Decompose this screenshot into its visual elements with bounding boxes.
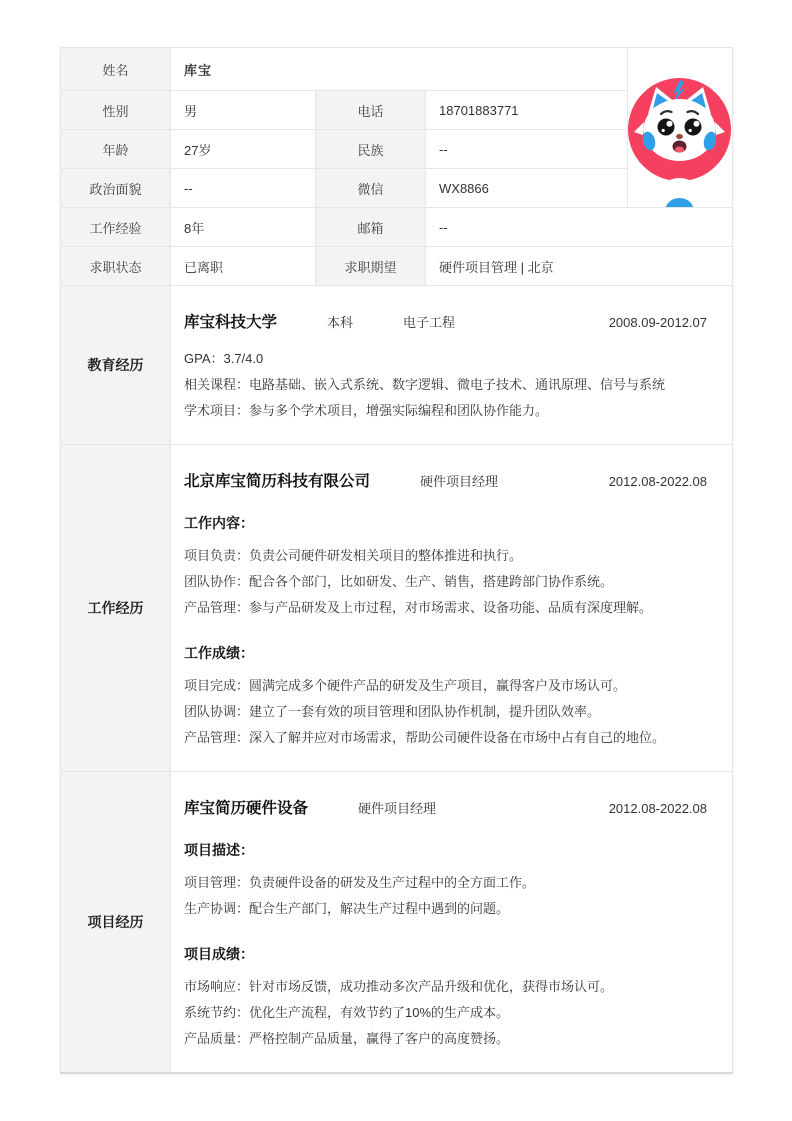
section-project: 项目经历 库宝简历硬件设备 硬件项目经理 2012.08-2022.08 项目描… [61,772,733,1074]
row-name: 姓名 库宝 [61,48,733,91]
field-label-political-status: 政治面貌 [61,169,171,208]
field-value-ethnicity: -- [426,130,628,169]
section-label-project: 项目经历 [61,772,171,1074]
field-value-work-years: 8年 [171,208,316,247]
row-jobstatus-expectation: 求职状态 已离职 求职期望 硬件项目管理 | 北京 [61,247,733,286]
project-line: 生产协调：配合生产部门，解决生产过程中遇到的问题。 [184,896,707,922]
field-value-age: 27岁 [171,130,316,169]
field-value-wechat: WX8866 [426,169,628,208]
field-value-phone: 18701883771 [426,91,628,130]
field-value-political-status: -- [171,169,316,208]
project-line: 项目管理：负责硬件设备的研发及生产过程中的全方面工作。 [184,870,707,896]
work-line: 产品管理：深入了解并应对市场需求，帮助公司硬件设备在市场中占有自己的地位。 [184,725,707,751]
work-achievement-heading: 工作成绩： [184,643,707,663]
project-achievement-heading: 项目成绩： [184,944,707,964]
field-value-name: 库宝 [171,48,628,91]
education-header: 库宝科技大学 本科 电子工程 2008.09-2012.07 [184,310,707,332]
project-header: 库宝简历硬件设备 硬件项目经理 2012.08-2022.08 [184,796,707,818]
section-education: 教育经历 库宝科技大学 本科 电子工程 2008.09-2012.07 GPA：… [61,286,733,445]
field-value-email: -- [426,208,733,247]
field-value-gender: 男 [171,91,316,130]
education-line: 相关课程：电路基础、嵌入式系统、数字逻辑、微电子技术、通讯原理、信号与系统 [184,372,707,398]
work-line: 团队协调：建立了一套有效的项目管理和团队协作机制，提升团队效率。 [184,699,707,725]
education-details: GPA：3.7/4.0 相关课程：电路基础、嵌入式系统、数字逻辑、微电子技术、通… [184,346,707,424]
project-line: 市场响应：针对市场反馈，成功推动多次产品升级和优化，获得市场认可。 [184,974,707,1000]
field-label-job-status: 求职状态 [61,247,171,286]
section-content-project: 库宝简历硬件设备 硬件项目经理 2012.08-2022.08 项目描述： 项目… [171,772,733,1074]
project-description-lines: 项目管理：负责硬件设备的研发及生产过程中的全方面工作。 生产协调：配合生产部门，… [184,870,707,922]
field-label-age: 年龄 [61,130,171,169]
field-label-job-expectation: 求职期望 [316,247,426,286]
project-date-range: 2012.08-2022.08 [609,801,707,816]
cat-mascot-avatar-icon [628,78,731,207]
education-line: 学术项目：参与多个学术项目，增强实际编程和团队协作能力。 [184,398,707,424]
field-label-email: 邮箱 [316,208,426,247]
section-label-work: 工作经历 [61,445,171,772]
project-line: 产品质量：严格控制产品质量，赢得了客户的高度赞扬。 [184,1026,707,1052]
section-content-education: 库宝科技大学 本科 电子工程 2008.09-2012.07 GPA：3.7/4… [171,286,733,445]
section-work: 工作经历 北京库宝简历科技有限公司 硬件项目经理 2012.08-2022.08… [61,445,733,772]
education-date-range: 2008.09-2012.07 [609,315,707,330]
project-description-heading: 项目描述： [184,840,707,860]
project-name: 库宝简历硬件设备 [184,796,308,818]
resume-table: 姓名 库宝 [60,47,733,1074]
education-line: GPA：3.7/4.0 [184,346,707,372]
work-achievement-lines: 项目完成：圆满完成多个硬件产品的研发及生产项目，赢得客户及市场认可。 团队协调：… [184,673,707,751]
field-label-phone: 电话 [316,91,426,130]
work-line: 项目负责：负责公司硬件研发相关项目的整体推进和执行。 [184,543,707,569]
work-date-range: 2012.08-2022.08 [609,474,707,489]
field-label-gender: 性别 [61,91,171,130]
work-content-lines: 项目负责：负责公司硬件研发相关项目的整体推进和执行。 团队协作：配合各个部门，比… [184,543,707,621]
row-experience-email: 工作经验 8年 邮箱 -- [61,208,733,247]
field-value-job-status: 已离职 [171,247,316,286]
company-name: 北京库宝简历科技有限公司 [184,469,370,491]
major: 电子工程 [403,312,455,331]
section-label-education: 教育经历 [61,286,171,445]
work-line: 团队协作：配合各个部门，比如研发、生产、销售，搭建跨部门协作系统。 [184,569,707,595]
avatar [628,78,731,207]
field-label-ethnicity: 民族 [316,130,426,169]
work-header: 北京库宝简历科技有限公司 硬件项目经理 2012.08-2022.08 [184,469,707,491]
school-name: 库宝科技大学 [184,310,277,332]
work-line: 产品管理：参与产品研发及上市过程，对市场需求、设备功能、品质有深度理解。 [184,595,707,621]
degree: 本科 [327,312,353,331]
work-content-heading: 工作内容： [184,513,707,533]
project-achievement-lines: 市场响应：针对市场反馈，成功推动多次产品升级和优化，获得市场认可。 系统节约：优… [184,974,707,1052]
field-label-wechat: 微信 [316,169,426,208]
field-label-work-years: 工作经验 [61,208,171,247]
project-line: 系统节约：优化生产流程，有效节约了10%的生产成本。 [184,1000,707,1026]
avatar-cell [628,48,733,208]
job-title: 硬件项目经理 [420,471,498,490]
field-label-name: 姓名 [61,48,171,91]
section-content-work: 北京库宝简历科技有限公司 硬件项目经理 2012.08-2022.08 工作内容… [171,445,733,772]
project-role: 硬件项目经理 [358,798,436,817]
work-line: 项目完成：圆满完成多个硬件产品的研发及生产项目，赢得客户及市场认可。 [184,673,707,699]
field-value-job-expectation: 硬件项目管理 | 北京 [426,247,733,286]
